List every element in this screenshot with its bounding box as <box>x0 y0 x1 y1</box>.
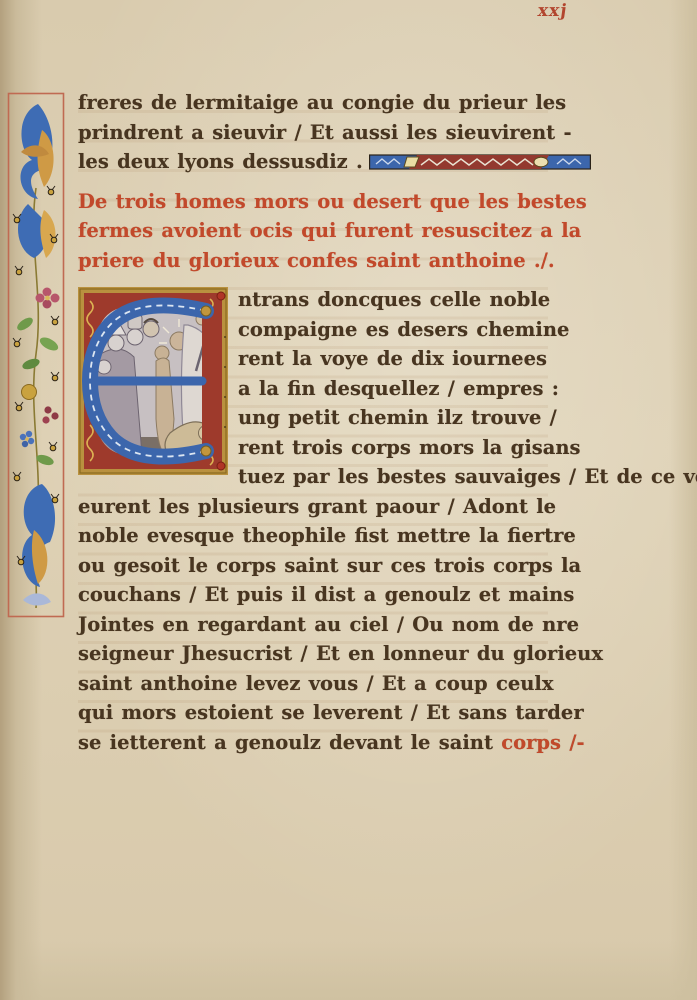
initial-miniature <box>78 287 228 475</box>
text-line: prindrent a sieuvir / Et aussi les sieuv… <box>78 118 548 148</box>
text-line: Jointes en regardant au ciel / Ou nom de… <box>78 610 548 640</box>
closing-line: se ietterent a genoulz devant le saint c… <box>78 728 548 758</box>
text-line: qui mors estoient se leverent / Et sans … <box>78 698 548 728</box>
floral-border-illustration <box>7 92 65 618</box>
rubric-line: priere du glorieux confes saint anthoine… <box>78 246 548 276</box>
illuminated-initial-E <box>78 287 228 475</box>
text-line: noble evesque theophile fist mettre la f… <box>78 521 548 551</box>
rubric-line: fermes avoient ocis qui furent resuscite… <box>78 216 548 246</box>
text-column: freres de lermitaige au congie du prieur… <box>78 88 548 757</box>
text-line: saint anthoine levez vous / Et a coup ce… <box>78 669 548 699</box>
closing-line-text: se ietterent a genoulz devant le saint <box>78 731 501 754</box>
floral-border <box>7 92 65 618</box>
pink-flower <box>36 288 60 309</box>
text-line: eurent les plusieurs grant paour / Adont… <box>78 492 548 522</box>
line-filler-bar <box>369 154 591 170</box>
text-line: couchans / Et puis il dist a genoulz et … <box>78 580 548 610</box>
rubric-paragraph: De trois homes mors ou desert que les be… <box>78 187 548 276</box>
closing-mark: /- <box>561 731 585 754</box>
text-line-fragment: les deux lyons dessusdiz . <box>78 150 363 173</box>
opening-paragraph: freres de lermitaige au congie du prieur… <box>78 88 548 177</box>
closing-word-red: corps <box>501 731 561 754</box>
text-line: seigneur Jhesucrist / Et en lonneur du g… <box>78 639 548 669</box>
text-line: freres de lermitaige au congie du prieur… <box>78 88 548 118</box>
manuscript-page: xxj <box>0 0 697 1000</box>
folio-number: xxj <box>537 1 569 21</box>
blue-flower <box>20 431 34 447</box>
body-paragraph: ntrans doncques celle noble compaigne es… <box>78 285 548 757</box>
rubric-line: De trois homes mors ou desert que les be… <box>78 187 548 217</box>
text-line: les deux lyons dessusdiz . <box>78 147 548 177</box>
text-line: ou gesoit le corps saint sur ces trois c… <box>78 551 548 581</box>
